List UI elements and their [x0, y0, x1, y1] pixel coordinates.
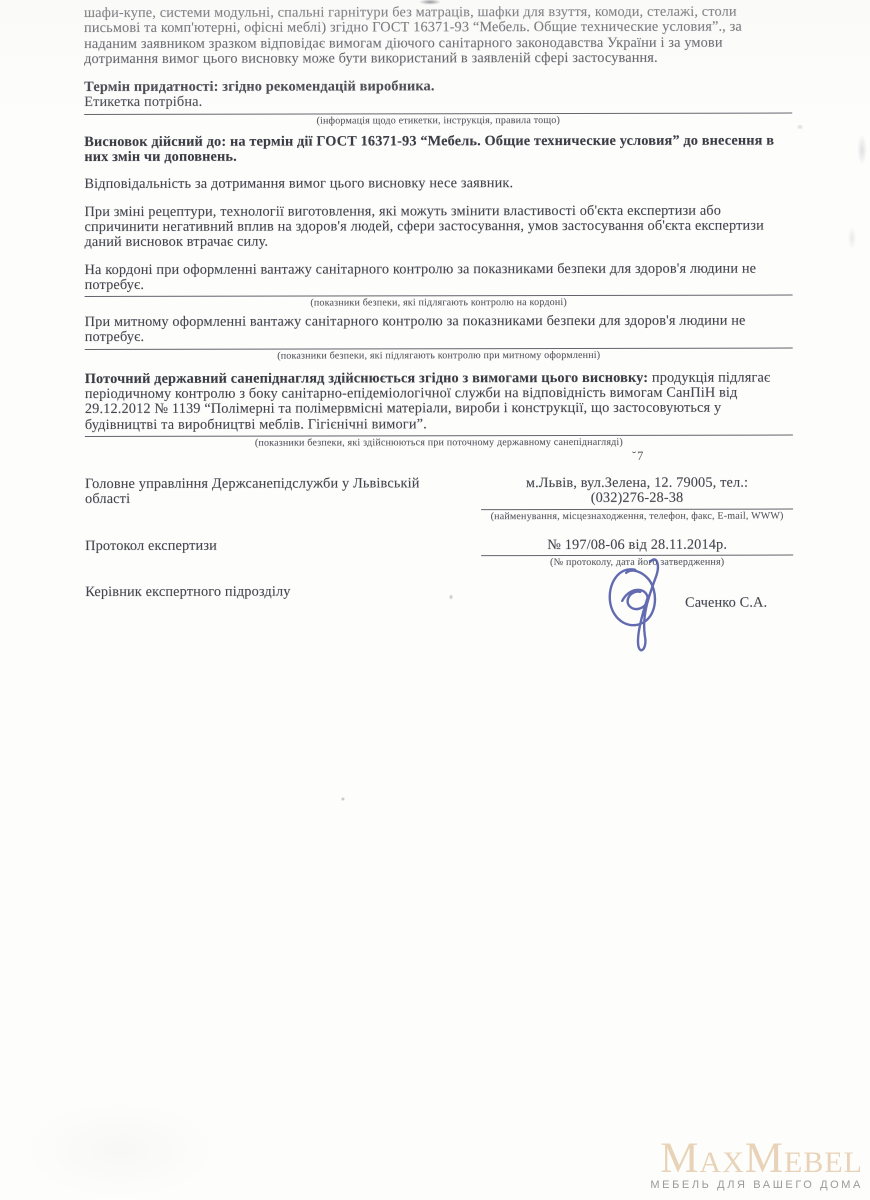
authority-name: Головне управління Держсанепідслужби у Л… [85, 476, 425, 507]
scan-artifact-mark: ˘7 [632, 449, 644, 464]
surveillance-paragraph: Поточний державний санепіднагляд здійсню… [85, 370, 793, 433]
protocol-row: Протокол експертизи № 197/08-06 від 28.1… [85, 537, 793, 569]
surveillance-caption: (показники безпеки, які здійснюються при… [85, 436, 793, 448]
authority-phone: (032)276-28-38 [481, 491, 793, 507]
signatory-title: Керівник експертного підрозділу [85, 584, 425, 600]
authority-address: м.Львів, вул.Зелена, 12. 79005, тел.: [481, 475, 793, 491]
customs-control-paragraph: При митному оформленні вантажу санітарно… [85, 314, 793, 346]
signature-icon [603, 555, 669, 657]
border-caption-rule: (показники безпеки, які підлягають контр… [85, 295, 793, 309]
border-control-paragraph: На кордоні при оформленні вантажу саніта… [85, 261, 793, 293]
maxmebel-logo: MaxMebel МЕБЕЛЬ ДЛЯ ВАШЕГО ДОМА [650, 1141, 863, 1191]
surveillance-caption-rule: (показники безпеки, які здійснюються при… [85, 434, 793, 448]
label-required-paragraph: Етикетка потрібна. [84, 94, 792, 111]
authority-caption: (найменування, місцезнаходження, телефон… [481, 510, 793, 522]
label-caption-rule: (інформація щодо етикетки, інструкція, п… [84, 112, 792, 126]
protocol-number: № 197/08-06 від 28.11.2014р. [481, 537, 793, 553]
maxmebel-tagline: МЕБЕЛЬ ДЛЯ ВАШЕГО ДОМА [650, 1179, 863, 1191]
customs-caption-rule: (показники безпеки, які підлягають контр… [85, 347, 793, 361]
document-page: шафи-купе, системи модульні, спальні гар… [84, 5, 793, 613]
intro-paragraph: шафи-купе, системи модульні, спальні гар… [84, 5, 792, 68]
border-caption: (показники безпеки, які підлягають контр… [85, 297, 793, 309]
customs-caption: (показники безпеки, які підлягають контр… [85, 349, 793, 361]
label-caption: (інформація щодо етикетки, інструкція, п… [84, 114, 792, 126]
protocol-label: Протокол експертизи [85, 538, 425, 554]
authority-contact-block: м.Львів, вул.Зелена, 12. 79005, тел.: (0… [481, 475, 793, 521]
shelf-life-paragraph: Термін придатності: згідно рекомендацій … [84, 79, 792, 96]
authority-row: Головне управління Держсанепідслужби у Л… [85, 475, 793, 522]
responsibility-paragraph: Відповідальність за дотримання вимог цьо… [84, 176, 792, 193]
maxmebel-brand-text: MaxMebel [650, 1141, 863, 1177]
signatory-row: Керівник експертного підрозділу Саченко … [85, 583, 793, 612]
recipe-change-paragraph: При зміні рецептури, технології виготовл… [84, 203, 792, 250]
validity-paragraph: Висновок дійсний до: на термін дії ГОСТ … [84, 133, 792, 165]
authority-caption-rule: (найменування, місцезнаходження, телефон… [481, 508, 793, 522]
